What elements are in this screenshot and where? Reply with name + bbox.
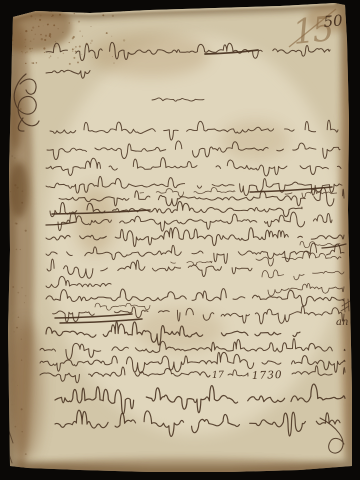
speckle-dot bbox=[20, 249, 21, 250]
speckle-dot bbox=[35, 34, 36, 35]
speckle-dot bbox=[12, 44, 13, 45]
speckle-dot bbox=[43, 26, 44, 27]
speckle-dot bbox=[21, 51, 22, 52]
speckle-dot bbox=[74, 48, 75, 49]
speckle-dot bbox=[10, 191, 11, 192]
speckle-dot bbox=[79, 45, 81, 47]
speckle-dot bbox=[40, 15, 42, 17]
speckle-dot bbox=[73, 36, 75, 38]
speckle-dot bbox=[25, 230, 27, 232]
speckle-dot bbox=[92, 57, 93, 58]
speckle-dot bbox=[21, 202, 23, 204]
speckle-dot bbox=[12, 55, 13, 56]
speckle-dot bbox=[50, 55, 51, 56]
speckle-dot bbox=[69, 63, 71, 65]
speckle-dot bbox=[58, 28, 59, 29]
speckle-dot bbox=[12, 286, 14, 288]
speckle-dot bbox=[55, 41, 56, 42]
speckle-dot bbox=[31, 48, 33, 50]
speckle-dot bbox=[25, 30, 27, 32]
speckle-dot bbox=[18, 317, 20, 319]
speckle-dot bbox=[73, 57, 75, 59]
speckle-dot bbox=[72, 48, 74, 50]
speckle-dot bbox=[102, 14, 104, 16]
speckle-dot bbox=[77, 61, 79, 63]
speckle-dot bbox=[22, 52, 23, 53]
speckle-dot bbox=[81, 54, 82, 55]
speckle-dot bbox=[33, 38, 34, 39]
speckle-dot bbox=[47, 24, 49, 26]
speckle-dot bbox=[16, 327, 18, 329]
speckle-dot bbox=[43, 47, 45, 49]
speckle-dot bbox=[22, 190, 24, 192]
speckle-dot bbox=[79, 30, 81, 32]
speckle-dot bbox=[21, 359, 22, 360]
speckle-dot bbox=[17, 385, 18, 386]
speckle-dot bbox=[30, 15, 32, 17]
date-day: 17 bbox=[212, 370, 225, 381]
speckle-dot bbox=[26, 51, 28, 53]
speckle-dot bbox=[35, 18, 36, 19]
speckle-dot bbox=[32, 62, 34, 64]
stain-blob bbox=[90, 33, 210, 77]
screenshot-root: 15 50 17 1730 ап bbox=[0, 0, 360, 480]
speckle-dot bbox=[14, 157, 15, 158]
speckle-dot bbox=[49, 53, 50, 54]
speckle-dot bbox=[36, 62, 37, 63]
speckle-dot bbox=[44, 39, 46, 41]
speckle-dot bbox=[17, 187, 19, 189]
speckle-dot bbox=[22, 431, 23, 432]
speckle-dot bbox=[41, 38, 43, 40]
speckle-dot bbox=[14, 331, 15, 332]
speckle-dot bbox=[111, 36, 112, 37]
speckle-dot bbox=[25, 63, 26, 64]
speckle-dot bbox=[53, 24, 55, 26]
speckle-dot bbox=[14, 184, 16, 186]
speckle-dot bbox=[17, 292, 19, 294]
speckle-dot bbox=[31, 51, 32, 52]
speckle-dot bbox=[78, 21, 80, 23]
speckle-dot bbox=[38, 26, 40, 28]
speckle-dot bbox=[25, 453, 27, 455]
speckle-dot bbox=[21, 408, 23, 410]
speckle-dot bbox=[39, 19, 41, 21]
speckle-dot bbox=[59, 14, 61, 16]
speckle-dot bbox=[62, 32, 63, 33]
speckle-dot bbox=[44, 52, 45, 53]
speckle-dot bbox=[82, 36, 83, 37]
speckle-dot bbox=[15, 426, 17, 428]
speckle-dot bbox=[63, 53, 65, 55]
speckle-dot bbox=[57, 57, 58, 58]
stain-blob bbox=[10, 162, 28, 218]
speckle-dot bbox=[24, 302, 25, 303]
speckle-dot bbox=[123, 39, 125, 41]
speckle-dot bbox=[30, 40, 32, 42]
speckle-dot bbox=[45, 35, 47, 37]
speckle-dot bbox=[69, 22, 70, 23]
speckle-dot bbox=[91, 40, 93, 42]
speckle-dot bbox=[49, 57, 51, 59]
speckle-dot bbox=[52, 15, 54, 17]
speckle-dot bbox=[29, 48, 31, 50]
speckle-dot bbox=[21, 338, 22, 339]
speckle-dot bbox=[112, 56, 113, 57]
margin-note: ап bbox=[336, 317, 348, 328]
stain-blob bbox=[221, 120, 289, 160]
speckle-dot bbox=[16, 223, 18, 225]
speckle-dot bbox=[49, 35, 51, 37]
speckle-dot bbox=[69, 42, 70, 43]
manuscript-photo: 15 50 17 1730 ап bbox=[0, 0, 360, 480]
speckle-dot bbox=[25, 46, 26, 47]
speckle-dot bbox=[50, 37, 51, 38]
speckle-dot bbox=[24, 42, 25, 43]
folio-number: 50 bbox=[323, 11, 344, 31]
speckle-dot bbox=[11, 155, 13, 157]
speckle-dot bbox=[25, 40, 26, 41]
speckle-dot bbox=[16, 249, 18, 251]
speckle-dot bbox=[20, 33, 21, 34]
speckle-dot bbox=[90, 43, 91, 44]
speckle-dot bbox=[21, 287, 22, 288]
speckle-dot bbox=[40, 34, 41, 35]
speckle-dot bbox=[75, 46, 77, 48]
date-year: 1730 bbox=[252, 369, 283, 382]
speckle-dot bbox=[31, 30, 32, 31]
speckle-dot bbox=[113, 62, 115, 64]
stain-blob bbox=[10, 320, 42, 460]
speckle-dot bbox=[25, 52, 26, 53]
speckle-dot bbox=[106, 32, 108, 34]
speckle-dot bbox=[112, 15, 114, 17]
speckle-dot bbox=[72, 51, 73, 52]
speckle-dot bbox=[25, 295, 27, 297]
speckle-dot bbox=[20, 108, 22, 110]
speckle-dot bbox=[12, 404, 13, 405]
speckle-dot bbox=[32, 27, 34, 29]
stain-blob bbox=[75, 186, 115, 254]
speckle-dot bbox=[91, 26, 92, 27]
speckle-dot bbox=[21, 329, 22, 330]
speckle-dot bbox=[74, 13, 75, 14]
